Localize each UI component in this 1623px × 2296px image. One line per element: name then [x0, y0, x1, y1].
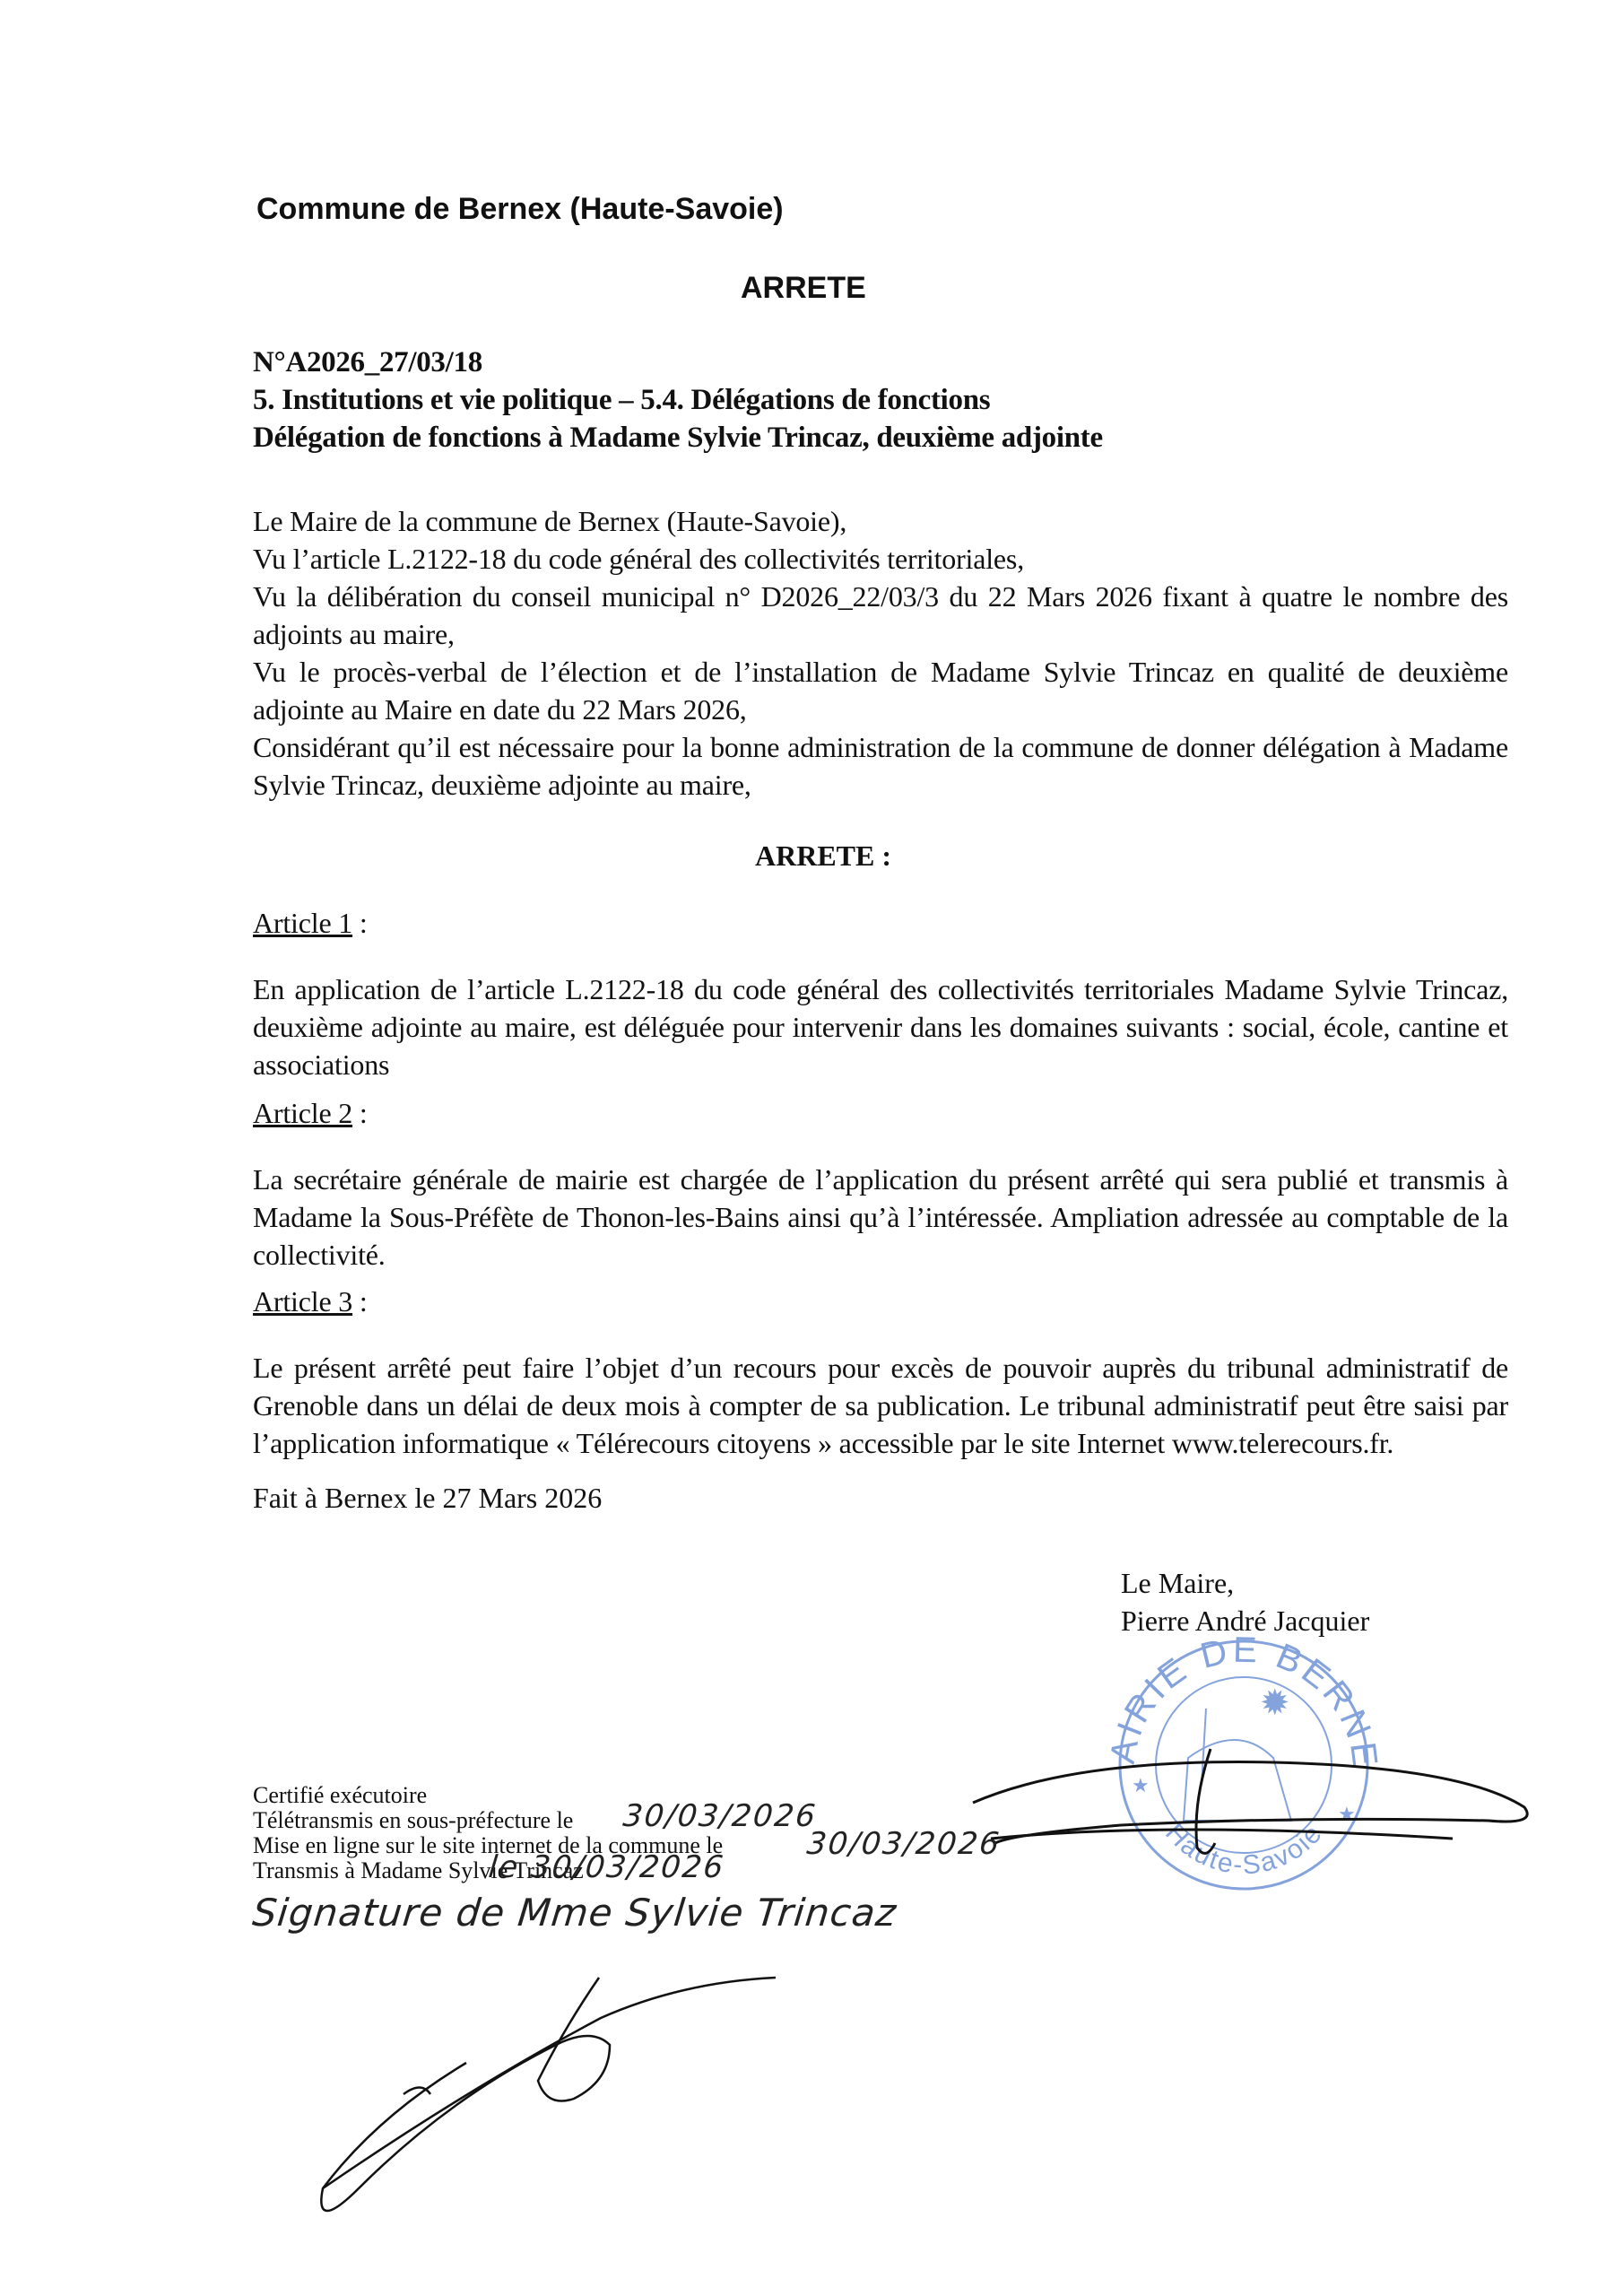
svg-text:Haute-Savoie: Haute-Savoie [1159, 1818, 1328, 1880]
svg-text:✹: ✹ [1260, 1683, 1290, 1723]
handwritten-date-teletransmission: 30/03/2026 [621, 1798, 819, 1834]
handwritten-signature-label: Signature de Mme Sylvie Trincaz [250, 1891, 898, 1935]
stamp-and-signatures: MAIRIE DE BERNEX Haute-Savoie ★ ★ ✹ [0, 0, 1623, 2296]
mayor-signature-icon [973, 1749, 1527, 1853]
handwritten-date-online: 30/03/2026 [805, 1826, 1002, 1862]
handwritten-date-transmission: le 30/03/2026 [487, 1849, 726, 1885]
svg-text:★: ★ [1132, 1774, 1150, 1796]
deputy-signature-icon [321, 1978, 776, 2211]
svg-text:★: ★ [1338, 1803, 1356, 1825]
svg-text:MAIRIE DE BERNEX: MAIRIE DE BERNEX [0, 0, 1385, 1772]
official-stamp-icon: MAIRIE DE BERNEX Haute-Savoie ★ ★ ✹ [0, 0, 1385, 1889]
